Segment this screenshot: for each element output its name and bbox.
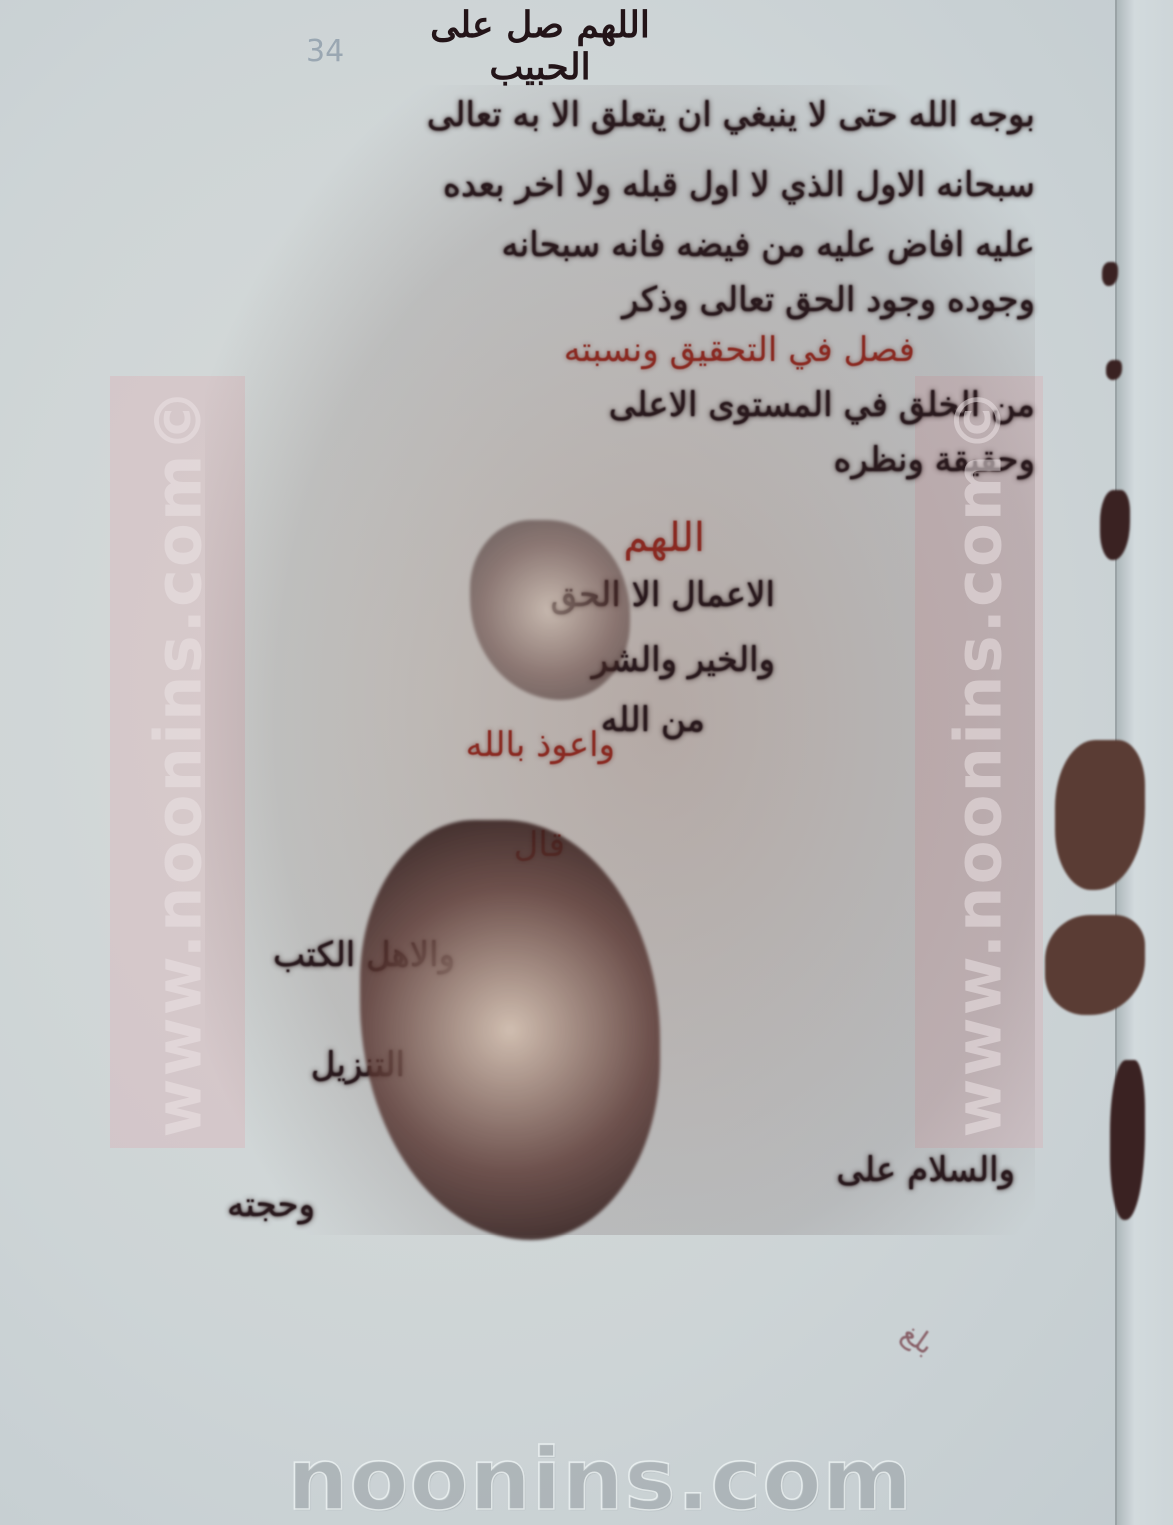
watermark-bottom: noonins.com xyxy=(280,1430,920,1525)
text-line-red: فصل في التحقيق ونسبته xyxy=(564,330,915,370)
text-line: من الله xyxy=(601,700,705,740)
header-invocation: اللهم صل على الحبيب xyxy=(390,4,690,84)
text-line: سبحانه الاول الذي لا اول قبله ولا اخر بع… xyxy=(443,165,1035,205)
folio-number: 34 xyxy=(306,34,344,69)
text-line-red: اللهم xyxy=(623,515,705,561)
text-line-red: واعوذ بالله xyxy=(466,725,615,765)
text-line: عليه افاض عليه من فيضه فانه سبحانه xyxy=(502,225,1035,265)
text-line: وحجته xyxy=(227,1185,315,1225)
text-line: والسلام على xyxy=(836,1150,1015,1190)
watermark-left: www.noonins.com© xyxy=(135,376,225,1148)
watermark-right: www.noonins.com© xyxy=(935,376,1025,1148)
text-line: بوجه الله حتى لا ينبغي ان يتعلق الا به ت… xyxy=(427,95,1035,135)
text-line: وجوده وجود الحق تعالى وذكر xyxy=(622,280,1035,320)
